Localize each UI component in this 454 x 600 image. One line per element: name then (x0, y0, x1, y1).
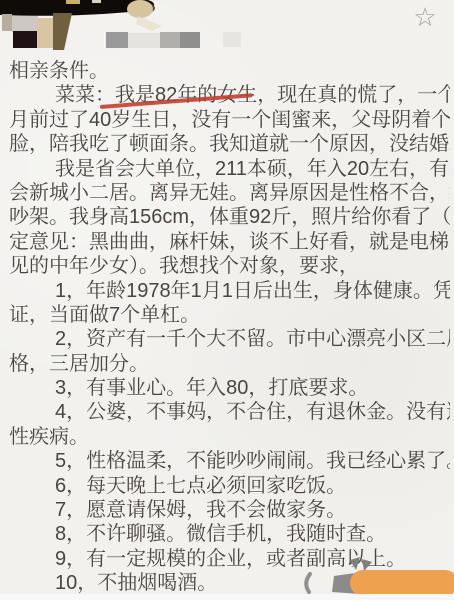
post-line: 2，资产有一千个大不留。市中心漂亮小区二居及 (9, 327, 450, 351)
post-line: 3，有事业心。年入80，打底要求。 (9, 376, 450, 400)
post-body: 相亲条件。 菜菜：我是82年的女生，现在真的慌了，一个 月前过了40岁生日，没有… (9, 59, 450, 596)
blurred-avatar-and-name (0, 0, 260, 56)
post-line: 8，不许聊骚。微信手机，我随时查。 (9, 522, 450, 546)
post-line: 吵架。我身高156cm，体重92斤，照片给你看了（鉴 (9, 205, 450, 229)
post-line: 定意见：黑曲曲，麻杆妹，谈不上好看，就是电梯里常 (9, 230, 450, 254)
post-line: 证，当面做7个单杠。 (9, 303, 450, 327)
post-line: 性疾病。 (9, 425, 450, 449)
post-line: 4，公婆，不事妈，不合住，有退休金。没有遗传 (9, 400, 450, 424)
orange-blob-icon (294, 556, 454, 598)
post-line: 月前过了40岁生日，没有一个闺蜜来，父母阴着个老 (9, 108, 450, 132)
favorite-star-icon[interactable]: ☆ (410, 2, 440, 32)
post-line: 会新城小二居。离异无娃。离异原因是性格不合，经常 (9, 181, 450, 205)
post-line: 7，愿意请保姆，我不会做家务。 (9, 498, 450, 522)
post-line: 6，每天晚上七点必须回家吃饭。 (9, 474, 450, 498)
post-line: 格，三居加分。 (9, 352, 450, 376)
post-title: 相亲条件。 (9, 59, 450, 83)
post-line: 见的中年少女）。我想找个对象，要求， (9, 254, 450, 278)
censored-profile-header (0, 0, 260, 56)
bottom-light-strip (0, 594, 454, 600)
post-line: 1，年龄1978年1月1日后出生，身体健康。凭身份 (9, 279, 450, 303)
post-line: 5，性格温柔，不能吵吵闹闹。我已经心累了。 (9, 449, 450, 473)
censor-sticker (294, 556, 454, 598)
post-line: 我是省会大单位，211本硕，年入20左右，有个省 (9, 157, 450, 181)
post-line: 脸，陪我吃了顿面条。我知道就一个原因，没结婚。 (9, 132, 450, 156)
